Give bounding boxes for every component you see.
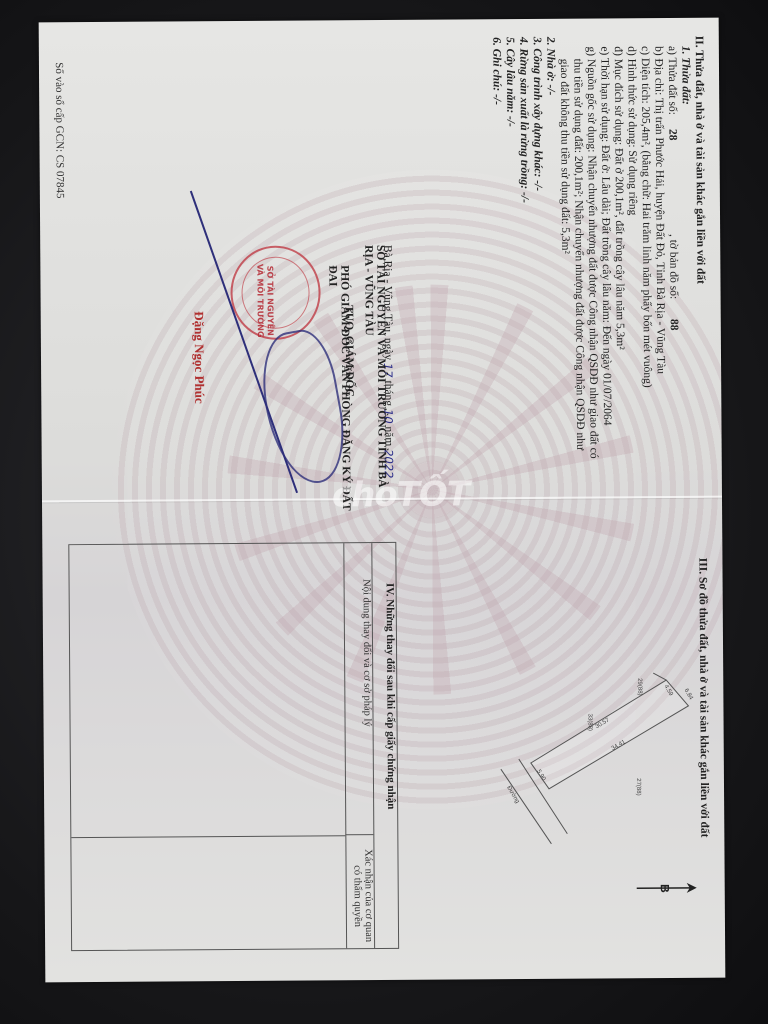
changes-content-header: Nội dung thay đổi và cơ sở pháp lý — [343, 543, 373, 835]
origin-line-2: thu tiền sử dụng đất: 200,1m²; Nhận chuy… — [570, 37, 587, 497]
official-red-stamp: SỞ TÀI NGUYÊN VÀ MÔI TRƯỜNG — [230, 245, 321, 340]
issuing-agency: SỞ TÀI NGUYÊN VÀ MÔI TRƯỜNG TỈNH BÀ RỊA … — [362, 245, 388, 505]
chotot-watermark: choTỐT — [332, 474, 469, 515]
label-side-short-right: 6.84 — [683, 688, 694, 702]
authority-confirmation-header: Xác nhận của cơ quan có thẩm quyền — [345, 835, 374, 948]
plot-diagram: 29(88) 33(88) 27(88) Đường 4.59 6.84 30.… — [488, 658, 725, 850]
signer-name: Đặng Ngọc Phúc — [191, 311, 208, 404]
map-number: 88 — [666, 319, 680, 331]
parcel-number: 28 — [665, 129, 679, 141]
section-2-land-info: II. Thửa đất, nhà ở và tài sản khác gắn … — [489, 36, 708, 497]
north-arrow: B — [635, 878, 699, 898]
label-left-neighbor: 33(88) — [586, 714, 592, 731]
label-top-neighbor: 29(88) — [636, 678, 642, 695]
plot-diagram-svg: 29(88) 33(88) 27(88) Đường 4.59 6.84 30.… — [488, 658, 725, 850]
registry-number: Số vào sổ cấp GCN: CS 07845 — [53, 62, 66, 198]
label-bottom-neighbor: 27(88) — [635, 778, 641, 795]
stamp-text: SỞ TÀI NGUYÊN VÀ MÔI TRƯỜNG — [254, 264, 275, 338]
north-label: B — [658, 884, 672, 893]
section-4-title: IV. Những thay đổi sau khi cấp giấy chứn… — [371, 543, 398, 948]
section-4-changes-table: IV. Những thay đổi sau khi cấp giấy chứn… — [68, 542, 399, 951]
changes-table-divider — [71, 835, 345, 838]
north-arrow-icon: B — [635, 878, 699, 898]
land-certificate-page: II. Thửa đất, nhà ở và tài sản khác gắn … — [39, 18, 726, 983]
